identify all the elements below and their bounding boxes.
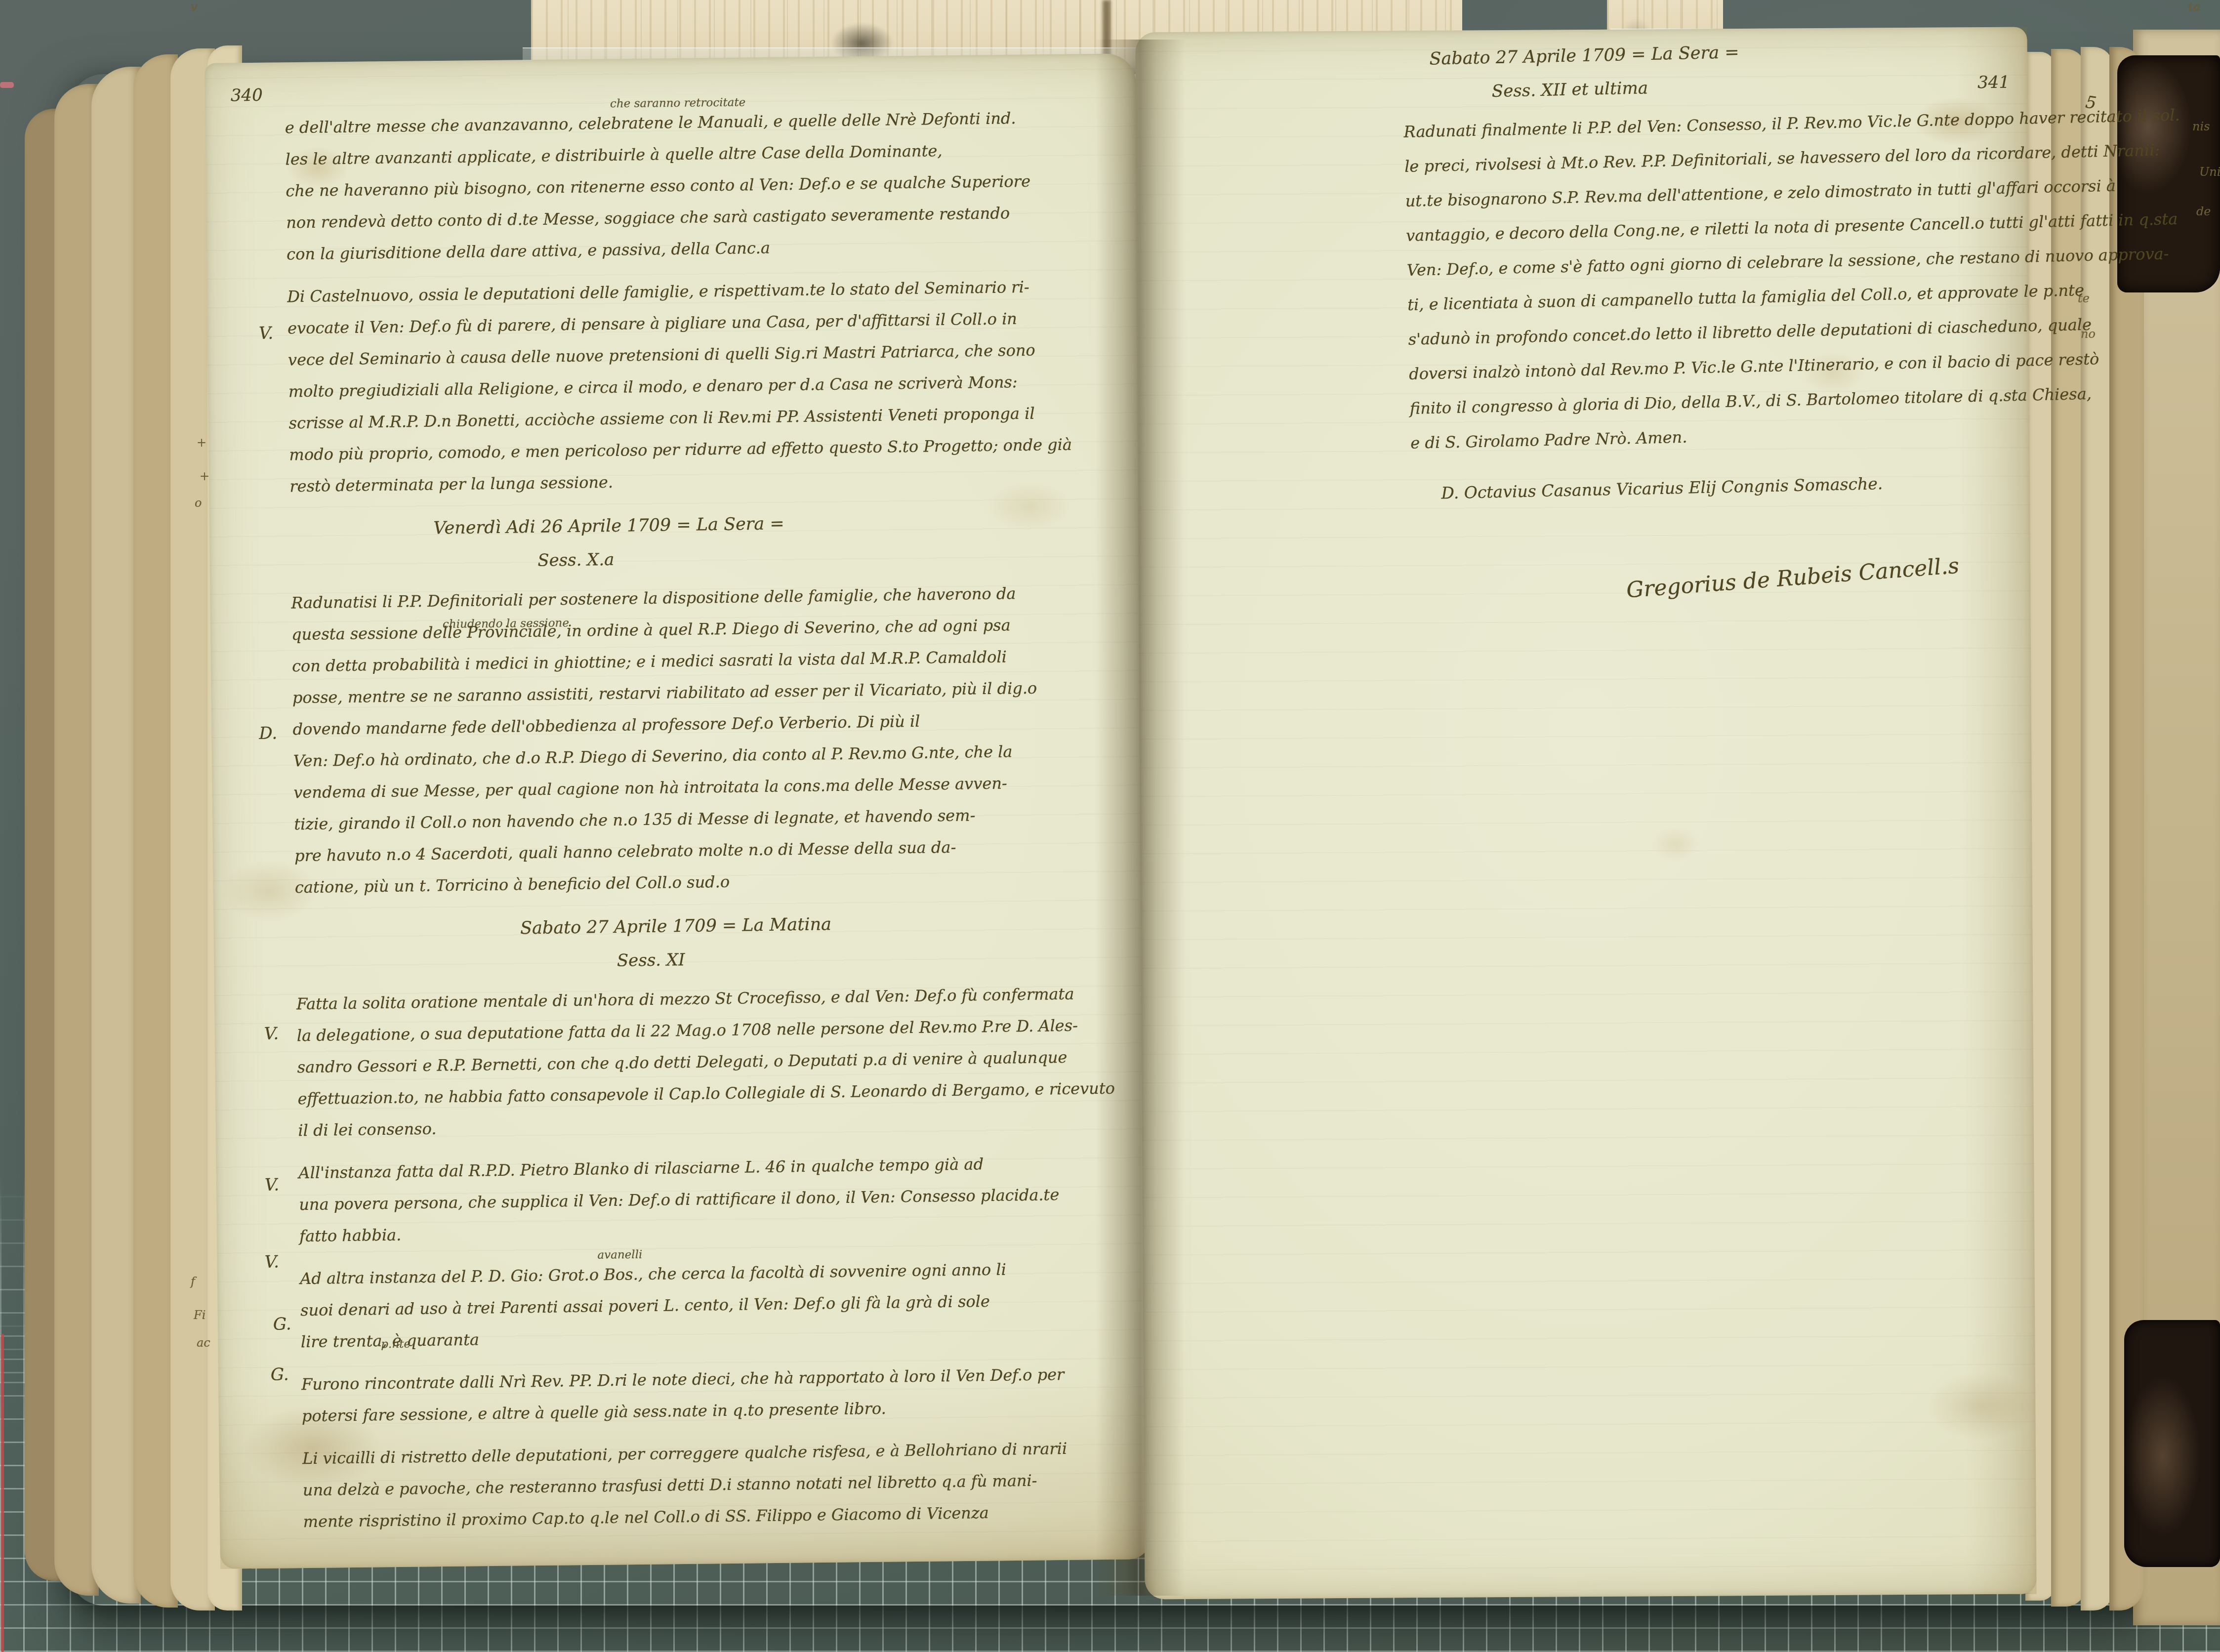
margin-mark-g2: G. xyxy=(271,1364,289,1384)
edge-fragment: nis xyxy=(2192,120,2210,133)
paragraph: Furono rincontrate dalli Nrì Rev. PP. D.… xyxy=(301,1358,1132,1432)
right-page: 341 Sabato 27 Aprile 1709 = La Sera = Se… xyxy=(1135,27,2036,1600)
right-page-text: Sabato 27 Aprile 1709 = La Sera = Sess. … xyxy=(1402,29,2026,601)
paragraph: All'instanza fatta dal R.P.D. Pietro Bla… xyxy=(298,1146,1129,1252)
margin-mark-v4: V. xyxy=(264,1252,279,1272)
margin-mark-d: D. xyxy=(259,723,277,743)
margin-mark-v2: V. xyxy=(264,1024,279,1043)
margin-mark-g1: G. xyxy=(273,1314,291,1334)
mat-red-mark xyxy=(0,82,14,88)
mat-red-edge-line xyxy=(1,1334,4,1652)
edge-fragment: + xyxy=(197,436,206,450)
paragraph: Di Castelnuovo, ossia le deputationi del… xyxy=(287,270,1120,502)
page-number-left: 340 xyxy=(231,85,263,106)
attestation-line: D. Octavius Casanus Vicarius Elij Congni… xyxy=(1441,465,2024,509)
edge-fragment: v xyxy=(191,0,198,14)
left-page: 340 V. D. V. V. V. G. G. che saranno ret… xyxy=(205,53,1151,1569)
edge-fragment: ac xyxy=(197,1336,210,1350)
fore-edge-text-fragments: nisUnidetenota xyxy=(2188,0,2220,1652)
edge-fragment: de xyxy=(2196,205,2211,218)
session-number: Sess. XI xyxy=(617,938,1126,977)
paragraph: Radunati finalmente li P.P. del Ven: Con… xyxy=(1403,101,2023,460)
edge-fragment: + xyxy=(200,469,209,483)
edge-fragment: o xyxy=(195,496,202,510)
paragraph: Li vicailli di ristretto delle deputatio… xyxy=(302,1432,1133,1537)
signature: Gregorius de Rubeis Cancell.s xyxy=(1625,545,2027,607)
paragraph: Fatta la solita oratione mentale di un'h… xyxy=(296,977,1128,1146)
margin-mark-v1: V. xyxy=(259,324,274,343)
paragraph: e dell'altre messe che avanzavanno, cele… xyxy=(285,101,1116,270)
paragraph: Radunatisi li P.P. Definitoriali per sos… xyxy=(291,576,1125,903)
left-page-text: e dell'altre messe che avanzavanno, cele… xyxy=(285,101,1133,1537)
edge-fragment: Fi xyxy=(194,1308,206,1322)
edge-fragment: f xyxy=(191,1275,195,1288)
edge-fragment: Uni xyxy=(2199,165,2220,179)
margin-mark-v3: V. xyxy=(265,1175,280,1195)
paragraph: Ad altra instanza del P. D. Gio: Grot.o … xyxy=(300,1252,1131,1358)
edge-fragment: ta xyxy=(2188,0,2200,14)
